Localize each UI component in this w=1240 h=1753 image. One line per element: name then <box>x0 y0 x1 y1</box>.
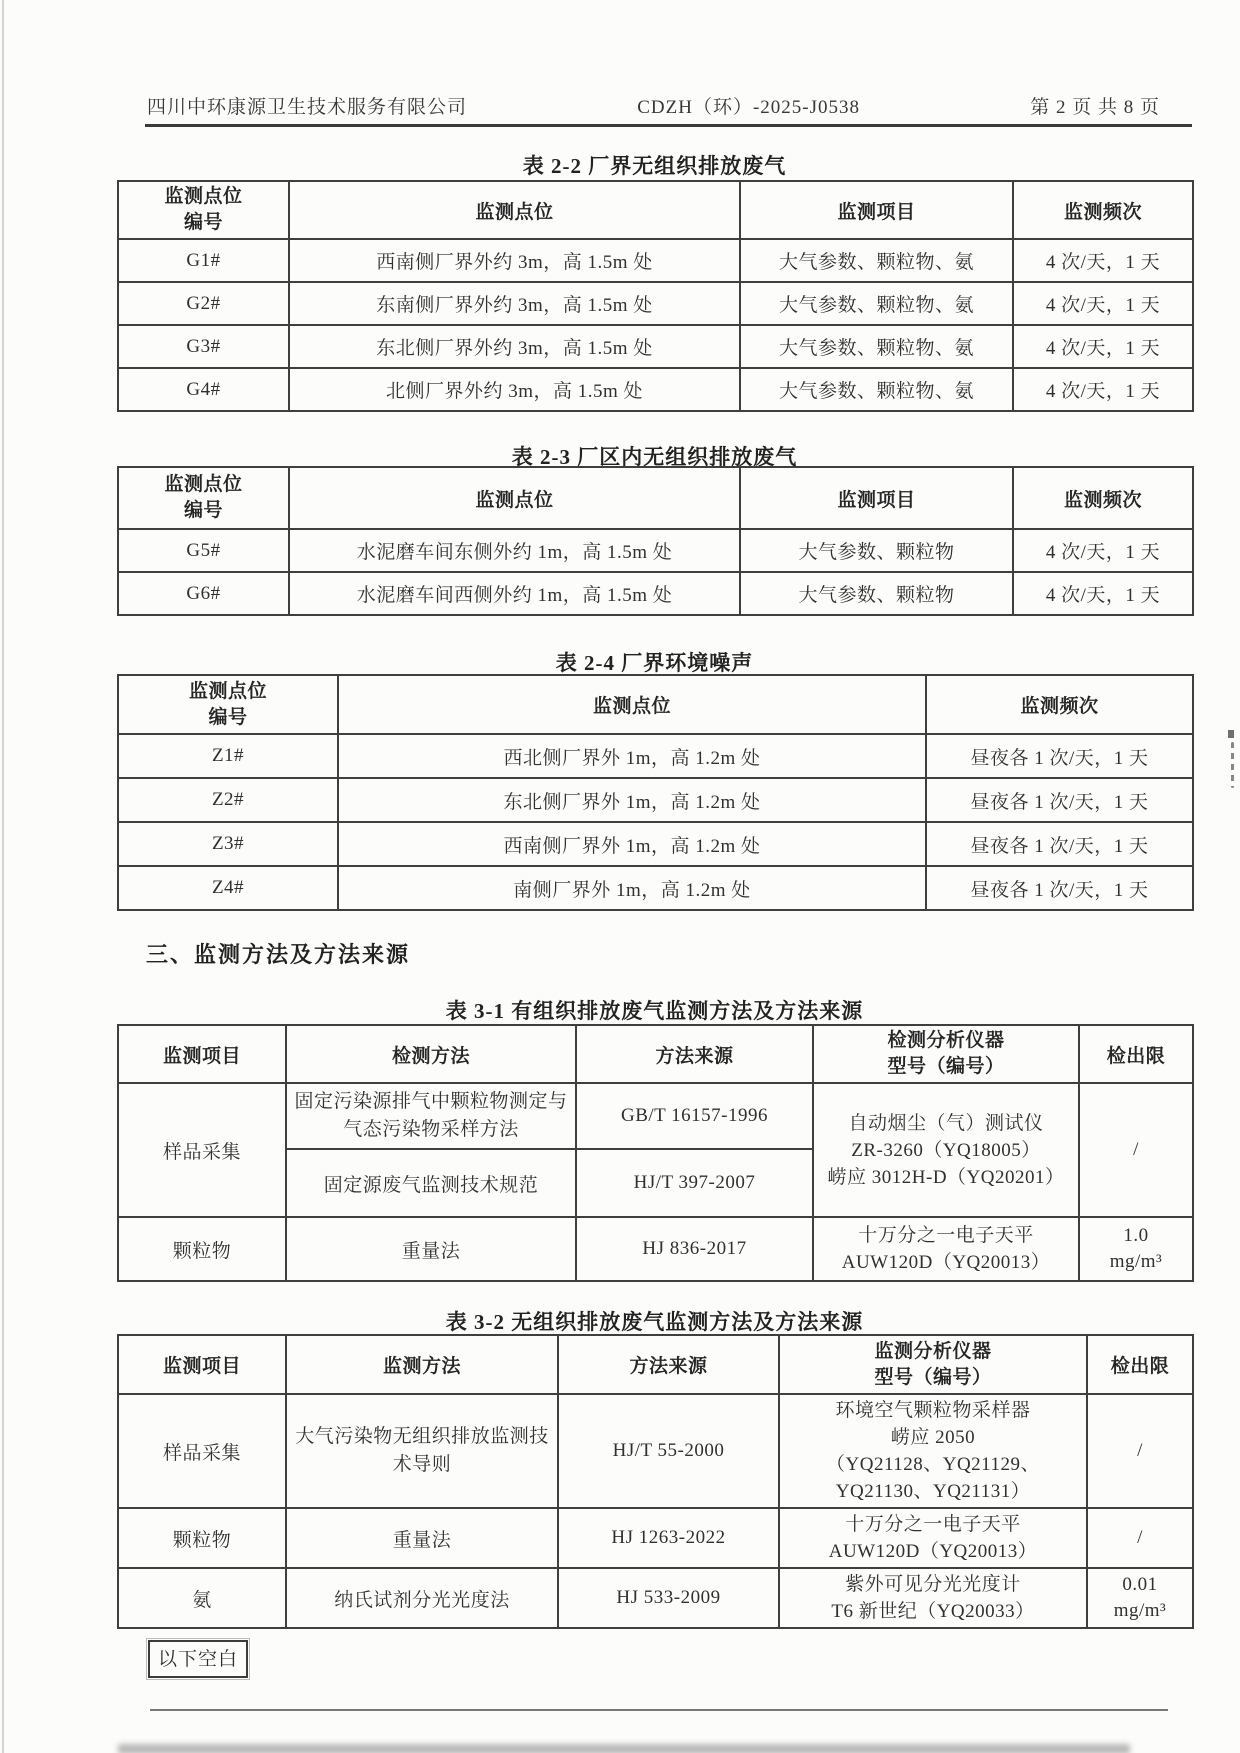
instrument-line: AUW120D（YQ20013） <box>786 1538 1080 1565</box>
table-cell: 水泥磨车间西侧外约 1m，高 1.5m 处 <box>289 572 740 615</box>
table-cell: 4 次/天，1 天 <box>1013 529 1193 572</box>
table-row: 样品采集 大气污染物无组织排放监测技术导则 HJ/T 55-2000 环境空气颗… <box>118 1394 1193 1508</box>
column-header: 监测点位 编号 <box>118 675 338 734</box>
table-cell: 大气参数、颗粒物、氨 <box>740 282 1013 325</box>
column-header: 监测点位 <box>338 675 926 734</box>
column-header-line: 监测点位 <box>125 679 331 705</box>
scan-artifact <box>1228 730 1234 738</box>
table-row: G2# 东南侧厂界外约 3m，高 1.5m 处 大气参数、颗粒物、氨 4 次/天… <box>118 282 1193 325</box>
table-cell: Z3# <box>118 822 338 866</box>
scan-edge-line <box>2 0 4 1753</box>
table-cell: 大气参数、颗粒物、氨 <box>740 239 1013 282</box>
table-2-3: 监测点位 编号 监测点位 监测项目 监测频次 G5# 水泥磨车间东侧外约 1m，… <box>117 466 1194 616</box>
table-cell: 纳氏试剂分光光度法 <box>286 1568 558 1628</box>
table-cell: G6# <box>118 572 289 615</box>
table-3-1: 监测项目 检测方法 方法来源 检测分析仪器 型号（编号） 检出限 样品采集 固定… <box>117 1024 1194 1282</box>
table-cell: 氨 <box>118 1568 286 1628</box>
table-row: 颗粒物 重量法 HJ 836-2017 十万分之一电子天平 AUW120D（YQ… <box>118 1217 1193 1281</box>
table-cell: 昼夜各 1 次/天，1 天 <box>926 734 1193 778</box>
table-cell: 4 次/天，1 天 <box>1013 325 1193 368</box>
column-header: 监测项目 <box>118 1025 286 1083</box>
table-cell: 环境空气颗粒物采样器 崂应 2050 （YQ21128、YQ21129、 YQ2… <box>779 1394 1087 1508</box>
column-header: 监测分析仪器 型号（编号） <box>779 1335 1087 1394</box>
table-cell: Z4# <box>118 866 338 910</box>
table-cell: 重量法 <box>286 1508 558 1568</box>
table-cell: 重量法 <box>286 1217 576 1281</box>
table-cell: 4 次/天，1 天 <box>1013 239 1193 282</box>
table-row: Z3# 西南侧厂界外 1m，高 1.2m 处 昼夜各 1 次/天，1 天 <box>118 822 1193 866</box>
table-cell: 自动烟尘（气）测试仪 ZR-3260（YQ18005） 崂应 3012H-D（Y… <box>813 1083 1079 1217</box>
table-3-1-title: 表 3-1 有组织排放废气监测方法及方法来源 <box>117 995 1192 1025</box>
table-header-row: 监测点位 编号 监测点位 监测频次 <box>118 675 1193 734</box>
table-cell: 4 次/天，1 天 <box>1013 282 1193 325</box>
column-header-line: 检测分析仪器 <box>820 1028 1072 1054</box>
detection-limit-line: mg/m³ <box>1086 1249 1186 1275</box>
column-header: 方法来源 <box>558 1335 779 1394</box>
column-header: 监测项目 <box>740 181 1013 239</box>
table-3-2: 监测项目 监测方法 方法来源 监测分析仪器 型号（编号） 检出限 样品采集 大气… <box>117 1334 1194 1629</box>
table-cell: 1.0 mg/m³ <box>1079 1217 1193 1281</box>
blank-below-note: 以下空白 <box>148 1640 248 1678</box>
table-2-4-title: 表 2-4 厂界环境噪声 <box>117 647 1192 677</box>
column-header-line: 型号（编号） <box>786 1365 1080 1391</box>
column-header: 监测项目 <box>118 1335 286 1394</box>
table-cell: G1# <box>118 239 289 282</box>
column-header-line: 编号 <box>125 210 282 236</box>
column-header-line: 编号 <box>125 498 282 524</box>
table-cell: 大气参数、颗粒物、氨 <box>740 325 1013 368</box>
table-cell: 水泥磨车间东侧外约 1m，高 1.5m 处 <box>289 529 740 572</box>
table-cell: 颗粒物 <box>118 1508 286 1568</box>
table-header-row: 监测项目 监测方法 方法来源 监测分析仪器 型号（编号） 检出限 <box>118 1335 1193 1394</box>
table-cell: 样品采集 <box>118 1083 286 1217</box>
table-cell: 东北侧厂界外 1m，高 1.2m 处 <box>338 778 926 822</box>
instrument-line: 十万分之一电子天平 <box>786 1511 1080 1538</box>
table-row: G5# 水泥磨车间东侧外约 1m，高 1.5m 处 大气参数、颗粒物 4 次/天… <box>118 529 1193 572</box>
instrument-line: （YQ21128、YQ21129、 <box>786 1451 1080 1478</box>
instrument-line: T6 新世纪（YQ20033） <box>786 1598 1080 1625</box>
column-header: 监测方法 <box>286 1335 558 1394</box>
column-header: 检出限 <box>1087 1335 1193 1394</box>
table-cell: 4 次/天，1 天 <box>1013 368 1193 411</box>
table-cell: 大气参数、颗粒物 <box>740 572 1013 615</box>
table-row: Z1# 西北侧厂界外 1m，高 1.2m 处 昼夜各 1 次/天，1 天 <box>118 734 1193 778</box>
header-page-info: 第 2 页 共 8 页 <box>1030 92 1160 119</box>
table-row: 氨 纳氏试剂分光光度法 HJ 533-2009 紫外可见分光光度计 T6 新世纪… <box>118 1568 1193 1628</box>
table-cell: 大气参数、颗粒物、氨 <box>740 368 1013 411</box>
table-cell: 固定源废气监测技术规范 <box>286 1149 576 1217</box>
table-row: Z4# 南侧厂界外 1m，高 1.2m 处 昼夜各 1 次/天，1 天 <box>118 866 1193 910</box>
header-rule <box>145 124 1192 127</box>
table-2-4: 监测点位 编号 监测点位 监测频次 Z1# 西北侧厂界外 1m，高 1.2m 处… <box>117 674 1194 911</box>
detection-limit-line: 0.01 <box>1094 1572 1186 1598</box>
column-header: 监测频次 <box>926 675 1193 734</box>
column-header-line: 编号 <box>125 705 331 731</box>
column-header: 监测频次 <box>1013 181 1193 239</box>
table-cell: HJ 533-2009 <box>558 1568 779 1628</box>
instrument-line: YQ21130、YQ21131） <box>786 1478 1080 1505</box>
column-header-line: 监测点位 <box>125 184 282 210</box>
table-cell: 东北侧厂界外约 3m，高 1.5m 处 <box>289 325 740 368</box>
footer-rule <box>150 1709 1168 1711</box>
table-cell: Z1# <box>118 734 338 778</box>
table-row: G6# 水泥磨车间西侧外约 1m，高 1.5m 处 大气参数、颗粒物 4 次/天… <box>118 572 1193 615</box>
column-header: 监测项目 <box>740 467 1013 529</box>
instrument-line: 崂应 3012H-D（YQ20201） <box>820 1164 1072 1191</box>
header-company: 四川中环康源卫生技术服务有限公司 <box>147 92 467 119</box>
table-cell: 固定污染源排气中颗粒物测定与气态污染物采样方法 <box>286 1083 576 1149</box>
table-row: G3# 东北侧厂界外约 3m，高 1.5m 处 大气参数、颗粒物、氨 4 次/天… <box>118 325 1193 368</box>
scanned-document-page: 四川中环康源卫生技术服务有限公司 CDZH（环）-2025-J0538 第 2 … <box>0 0 1240 1753</box>
table-row: G4# 北侧厂界外约 3m，高 1.5m 处 大气参数、颗粒物、氨 4 次/天，… <box>118 368 1193 411</box>
table-cell: GB/T 16157-1996 <box>576 1083 813 1149</box>
instrument-line: AUW120D（YQ20013） <box>820 1249 1072 1276</box>
table-header-row: 监测项目 检测方法 方法来源 检测分析仪器 型号（编号） 检出限 <box>118 1025 1193 1083</box>
table-cell: 昼夜各 1 次/天，1 天 <box>926 866 1193 910</box>
table-cell: 东南侧厂界外约 3m，高 1.5m 处 <box>289 282 740 325</box>
column-header: 监测点位 编号 <box>118 181 289 239</box>
table-cell: Z2# <box>118 778 338 822</box>
column-header-line: 监测分析仪器 <box>786 1339 1080 1365</box>
table-cell: / <box>1087 1508 1193 1568</box>
table-cell: 4 次/天，1 天 <box>1013 572 1193 615</box>
table-cell: 南侧厂界外 1m，高 1.2m 处 <box>338 866 926 910</box>
column-header: 监测点位 <box>289 181 740 239</box>
column-header: 检出限 <box>1079 1025 1193 1083</box>
table-cell: G2# <box>118 282 289 325</box>
table-cell: 西南侧厂界外 1m，高 1.2m 处 <box>338 822 926 866</box>
table-cell: / <box>1087 1394 1193 1508</box>
detection-limit-line: mg/m³ <box>1094 1598 1186 1624</box>
table-cell: G3# <box>118 325 289 368</box>
section-3-heading: 三、监测方法及方法来源 <box>146 938 410 969</box>
table-row: G1# 西南侧厂界外约 3m，高 1.5m 处 大气参数、颗粒物、氨 4 次/天… <box>118 239 1193 282</box>
column-header: 监测点位 编号 <box>118 467 289 529</box>
table-cell: HJ/T 55-2000 <box>558 1394 779 1508</box>
column-header-line: 型号（编号） <box>820 1054 1072 1080</box>
table-cell: G5# <box>118 529 289 572</box>
table-cell: 大气参数、颗粒物 <box>740 529 1013 572</box>
table-cell: 昼夜各 1 次/天，1 天 <box>926 822 1193 866</box>
table-cell: HJ/T 397-2007 <box>576 1149 813 1217</box>
table-cell: 样品采集 <box>118 1394 286 1508</box>
table-row: 颗粒物 重量法 HJ 1263-2022 十万分之一电子天平 AUW120D（Y… <box>118 1508 1193 1568</box>
column-header: 检测分析仪器 型号（编号） <box>813 1025 1079 1083</box>
table-2-2: 监测点位 编号 监测点位 监测项目 监测频次 G1# 西南侧厂界外约 3m，高 … <box>117 180 1194 412</box>
column-header: 监测频次 <box>1013 467 1193 529</box>
table-cell: 紫外可见分光光度计 T6 新世纪（YQ20033） <box>779 1568 1087 1628</box>
detection-limit-line: 1.0 <box>1086 1223 1186 1249</box>
table-cell: HJ 1263-2022 <box>558 1508 779 1568</box>
instrument-line: 十万分之一电子天平 <box>820 1222 1072 1249</box>
scan-artifact <box>1231 742 1234 788</box>
instrument-line: 自动烟尘（气）测试仪 <box>820 1110 1072 1137</box>
column-header-line: 监测点位 <box>125 472 282 498</box>
table-cell: 北侧厂界外约 3m，高 1.5m 处 <box>289 368 740 411</box>
scan-smudge <box>118 1744 1130 1753</box>
table-cell: 昼夜各 1 次/天，1 天 <box>926 778 1193 822</box>
table-cell: 颗粒物 <box>118 1217 286 1281</box>
table-cell: / <box>1079 1083 1193 1217</box>
table-row: Z2# 东北侧厂界外 1m，高 1.2m 处 昼夜各 1 次/天，1 天 <box>118 778 1193 822</box>
table-3-2-title: 表 3-2 无组织排放废气监测方法及方法来源 <box>117 1306 1192 1336</box>
table-2-2-title: 表 2-2 厂界无组织排放废气 <box>117 150 1192 180</box>
column-header: 方法来源 <box>576 1025 813 1083</box>
table-header-row: 监测点位 编号 监测点位 监测项目 监测频次 <box>118 467 1193 529</box>
table-header-row: 监测点位 编号 监测点位 监测项目 监测频次 <box>118 181 1193 239</box>
column-header: 检测方法 <box>286 1025 576 1083</box>
table-cell: 西北侧厂界外 1m，高 1.2m 处 <box>338 734 926 778</box>
table-cell: 西南侧厂界外约 3m，高 1.5m 处 <box>289 239 740 282</box>
table-cell: G4# <box>118 368 289 411</box>
table-row: 样品采集 固定污染源排气中颗粒物测定与气态污染物采样方法 GB/T 16157-… <box>118 1083 1193 1149</box>
table-cell: HJ 836-2017 <box>576 1217 813 1281</box>
instrument-line: 崂应 2050 <box>786 1424 1080 1451</box>
instrument-line: ZR-3260（YQ18005） <box>820 1137 1072 1164</box>
table-cell: 十万分之一电子天平 AUW120D（YQ20013） <box>779 1508 1087 1568</box>
instrument-line: 紫外可见分光光度计 <box>786 1571 1080 1598</box>
table-cell: 大气污染物无组织排放监测技术导则 <box>286 1394 558 1508</box>
instrument-line: 环境空气颗粒物采样器 <box>786 1397 1080 1424</box>
column-header: 监测点位 <box>289 467 740 529</box>
table-cell: 0.01 mg/m³ <box>1087 1568 1193 1628</box>
header-doc-number: CDZH（环）-2025-J0538 <box>637 92 860 119</box>
page-header: 四川中环康源卫生技术服务有限公司 CDZH（环）-2025-J0538 第 2 … <box>147 92 1160 119</box>
table-cell: 十万分之一电子天平 AUW120D（YQ20013） <box>813 1217 1079 1281</box>
